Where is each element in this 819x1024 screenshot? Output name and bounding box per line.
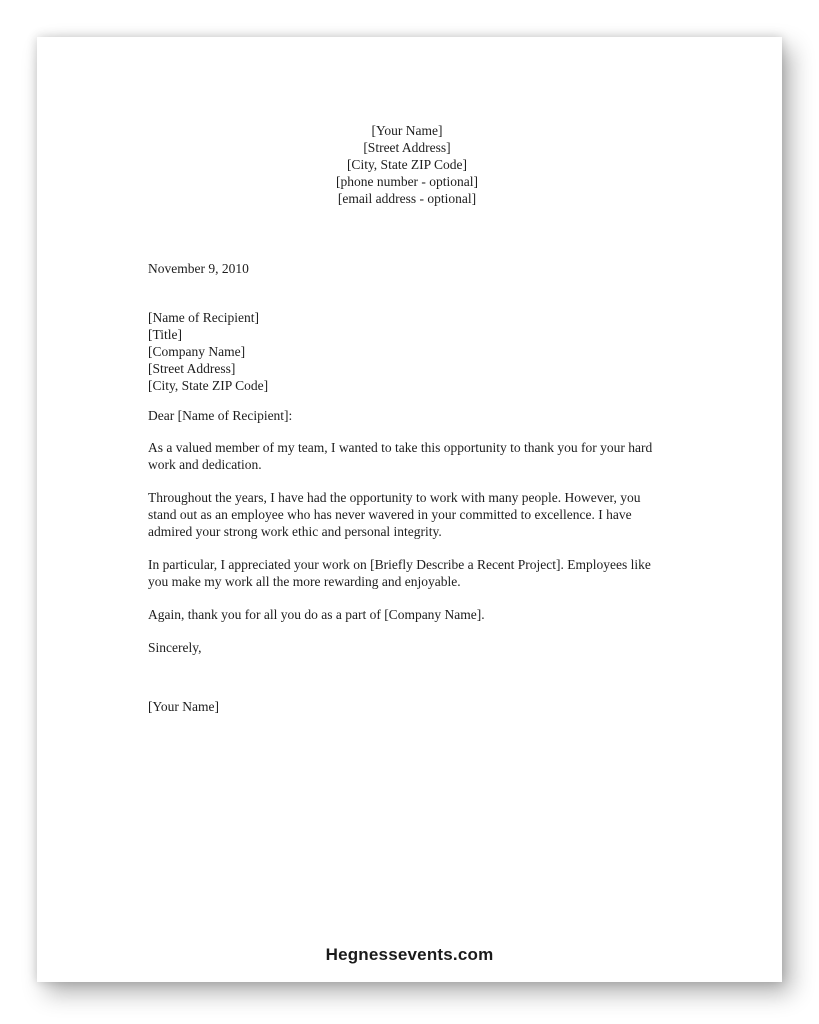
body-paragraph-4: Again, thank you for all you do as a par… bbox=[148, 606, 666, 623]
body-paragraph-3: In particular, I appreciated your work o… bbox=[148, 556, 666, 590]
sender-address-block: [Your Name] [Street Address] [City, Stat… bbox=[148, 122, 666, 207]
salutation: Dear [Name of Recipient]: bbox=[148, 407, 666, 424]
sender-city-line: [City, State ZIP Code] bbox=[148, 156, 666, 173]
site-name-footer: Hegnessevents.com bbox=[37, 945, 782, 965]
closing: Sincerely, bbox=[148, 639, 666, 656]
recipient-name-line: [Name of Recipient] bbox=[148, 309, 666, 326]
recipient-street-line: [Street Address] bbox=[148, 360, 666, 377]
letter-sheet: [Your Name] [Street Address] [City, Stat… bbox=[37, 37, 782, 982]
letter-date: November 9, 2010 bbox=[148, 260, 666, 277]
recipient-company-line: [Company Name] bbox=[148, 343, 666, 360]
sender-email-line: [email address - optional] bbox=[148, 190, 666, 207]
recipient-title-line: [Title] bbox=[148, 326, 666, 343]
recipient-city-line: [City, State ZIP Code] bbox=[148, 377, 666, 394]
recipient-address-block: [Name of Recipient] [Title] [Company Nam… bbox=[148, 309, 666, 394]
sender-name-line: [Your Name] bbox=[148, 122, 666, 139]
page-background: [Your Name] [Street Address] [City, Stat… bbox=[0, 0, 819, 1024]
signature-name: [Your Name] bbox=[148, 698, 666, 715]
body-paragraph-1: As a valued member of my team, I wanted … bbox=[148, 439, 666, 473]
sender-street-line: [Street Address] bbox=[148, 139, 666, 156]
letter-body: [Your Name] [Street Address] [City, Stat… bbox=[148, 122, 666, 715]
body-paragraph-2: Throughout the years, I have had the opp… bbox=[148, 489, 666, 540]
sender-phone-line: [phone number - optional] bbox=[148, 173, 666, 190]
